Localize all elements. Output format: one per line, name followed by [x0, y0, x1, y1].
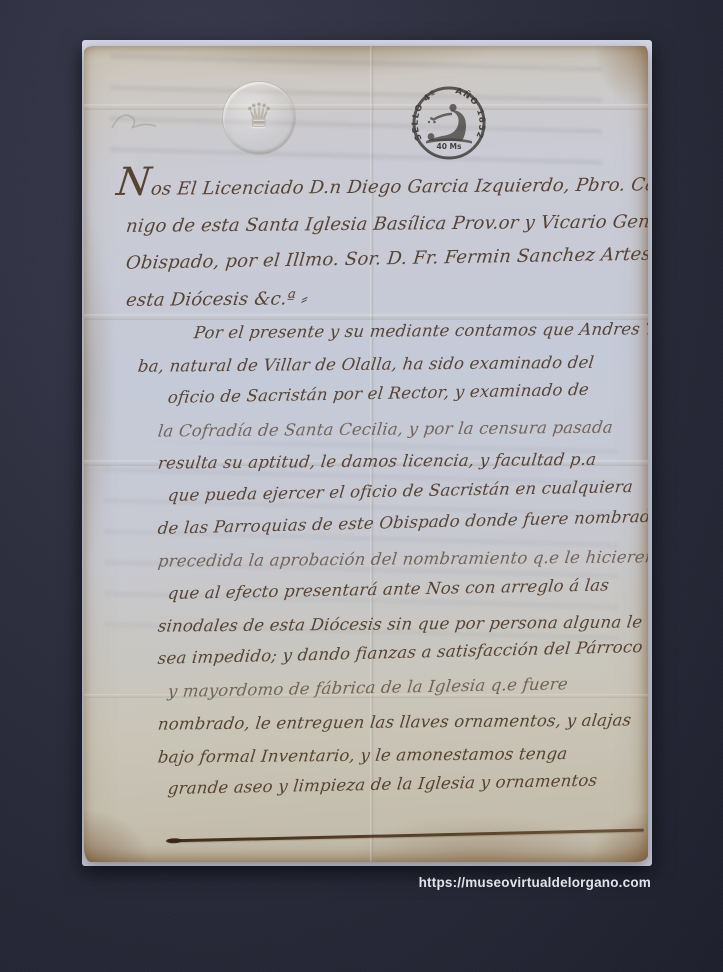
- embossed-dry-seal: ♛: [223, 82, 295, 154]
- manuscript-line: esta Diócesis &c.ª ⸗: [112, 277, 647, 319]
- closing-ink-rule: [168, 829, 644, 842]
- stamp-value-text: 40 Ms: [437, 142, 463, 151]
- seated-allegorical-figure-icon: [426, 104, 472, 144]
- ink-flourish-mark: [106, 94, 176, 144]
- bleedthrough-texture: [110, 52, 602, 167]
- manuscript-line: Nos El Licenciado D.n Diego Garcia Izqui…: [112, 159, 648, 208]
- manuscript-line: la Cofradía de Santa Cecilia, y por la c…: [110, 411, 648, 448]
- manuscript-line: nombrado, le entreguen las llaves orname…: [110, 704, 648, 741]
- manuscript-line: Obispado, por el Illmo. Sor. D. Fr. Ferm…: [112, 236, 647, 282]
- watermark-url: https://museovirtualdelorgano.com: [419, 875, 651, 890]
- revenue-stamp: SELLO 4º AÑO 1852 40 Ms: [410, 84, 488, 162]
- manuscript-page: ♛ SELLO 4º AÑO 1852 40 Ms: [84, 46, 648, 862]
- photo-backdrop: ♛ SELLO 4º AÑO 1852 40 Ms: [0, 0, 723, 972]
- crown-icon: ♛: [245, 97, 274, 135]
- body-paragraph: Por el presente y su mediante contamos q…: [110, 318, 644, 807]
- manuscript-line: Por el presente y su mediante contamos q…: [110, 313, 648, 350]
- opening-paragraph: Nos El Licenciado D.n Diego Garcia Izqui…: [112, 164, 642, 319]
